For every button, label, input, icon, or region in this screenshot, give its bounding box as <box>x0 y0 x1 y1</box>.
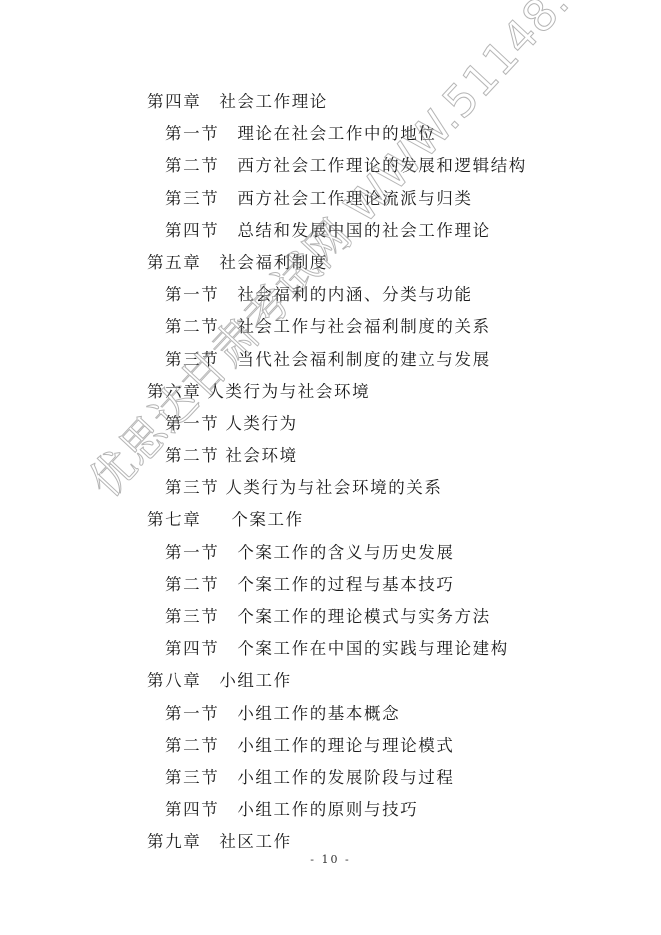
section-number: 第三节 <box>165 472 219 504</box>
toc-chapter: 第四章社会工作理论 <box>147 86 567 118</box>
chapter-title: 个案工作 <box>231 510 303 529</box>
toc-section: 第四节总结和发展中国的社会工作理论 <box>147 215 567 247</box>
chapter-number: 第七章 <box>147 504 201 536</box>
chapter-number: 第六章 <box>147 376 201 408</box>
chapter-title: 小组工作 <box>219 671 291 690</box>
section-number: 第二节 <box>165 730 219 762</box>
toc-section: 第一节社会福利的内涵、分类与功能 <box>147 279 567 311</box>
chapter-number: 第八章 <box>147 665 201 697</box>
section-number: 第三节 <box>165 601 219 633</box>
section-number: 第四节 <box>165 794 219 826</box>
section-title: 社会环境 <box>225 446 297 465</box>
section-number: 第二节 <box>165 311 219 343</box>
section-number: 第四节 <box>165 633 219 665</box>
section-title: 理论在社会工作中的地位 <box>237 124 436 143</box>
section-number: 第三节 <box>165 762 219 794</box>
chapter-title: 社会工作理论 <box>219 92 328 111</box>
section-title: 个案工作的理论模式与实务方法 <box>237 607 490 626</box>
page-number: - 10 - <box>0 853 661 866</box>
chapter-title: 人类行为与社会环境 <box>207 382 370 401</box>
section-title: 个案工作的过程与基本技巧 <box>237 575 454 594</box>
section-number: 第二节 <box>165 569 219 601</box>
toc-section: 第一节理论在社会工作中的地位 <box>147 118 567 150</box>
table-of-contents: 第四章社会工作理论第一节理论在社会工作中的地位第二节西方社会工作理论的发展和逻辑… <box>147 86 567 859</box>
section-title: 小组工作的基本概念 <box>237 704 400 723</box>
section-number: 第三节 <box>165 183 219 215</box>
section-number: 第四节 <box>165 215 219 247</box>
chapter-number: 第四章 <box>147 86 201 118</box>
section-number: 第一节 <box>165 537 219 569</box>
section-number: 第一节 <box>165 408 219 440</box>
toc-chapter: 第七章个案工作 <box>147 504 567 536</box>
section-number: 第一节 <box>165 698 219 730</box>
section-title: 小组工作的理论与理论模式 <box>237 736 454 755</box>
toc-section: 第三节当代社会福利制度的建立与发展 <box>147 344 567 376</box>
section-title: 个案工作的含义与历史发展 <box>237 543 454 562</box>
section-title: 小组工作的发展阶段与过程 <box>237 768 454 787</box>
toc-section: 第二节小组工作的理论与理论模式 <box>147 730 567 762</box>
toc-section: 第三节人类行为与社会环境的关系 <box>147 472 567 504</box>
section-title: 人类行为 <box>225 414 297 433</box>
section-number: 第一节 <box>165 118 219 150</box>
toc-section: 第二节社会环境 <box>147 440 567 472</box>
chapter-title: 社区工作 <box>219 832 291 851</box>
section-title: 当代社会福利制度的建立与发展 <box>237 350 490 369</box>
toc-section: 第三节小组工作的发展阶段与过程 <box>147 762 567 794</box>
toc-section: 第二节西方社会工作理论的发展和逻辑结构 <box>147 150 567 182</box>
chapter-number: 第五章 <box>147 247 201 279</box>
toc-section: 第二节社会工作与社会福利制度的关系 <box>147 311 567 343</box>
toc-section: 第四节小组工作的原则与技巧 <box>147 794 567 826</box>
section-number: 第三节 <box>165 344 219 376</box>
section-title: 社会福利的内涵、分类与功能 <box>237 285 472 304</box>
section-title: 社会工作与社会福利制度的关系 <box>237 317 490 336</box>
toc-section: 第四节个案工作在中国的实践与理论建构 <box>147 633 567 665</box>
section-title: 小组工作的原则与技巧 <box>237 800 418 819</box>
toc-section: 第一节个案工作的含义与历史发展 <box>147 537 567 569</box>
section-number: 第二节 <box>165 440 219 472</box>
section-title: 西方社会工作理论的发展和逻辑结构 <box>237 156 527 175</box>
section-title: 人类行为与社会环境的关系 <box>225 478 442 497</box>
toc-section: 第三节个案工作的理论模式与实务方法 <box>147 601 567 633</box>
section-number: 第二节 <box>165 150 219 182</box>
section-title: 个案工作在中国的实践与理论建构 <box>237 639 509 658</box>
chapter-title: 社会福利制度 <box>219 253 328 272</box>
toc-section: 第三节西方社会工作理论流派与归类 <box>147 183 567 215</box>
section-number: 第一节 <box>165 279 219 311</box>
section-title: 西方社会工作理论流派与归类 <box>237 189 472 208</box>
toc-chapter: 第五章社会福利制度 <box>147 247 567 279</box>
toc-chapter: 第八章小组工作 <box>147 665 567 697</box>
toc-section: 第二节个案工作的过程与基本技巧 <box>147 569 567 601</box>
toc-chapter: 第六章人类行为与社会环境 <box>147 376 567 408</box>
toc-section: 第一节小组工作的基本概念 <box>147 698 567 730</box>
section-title: 总结和发展中国的社会工作理论 <box>237 221 490 240</box>
toc-section: 第一节人类行为 <box>147 408 567 440</box>
